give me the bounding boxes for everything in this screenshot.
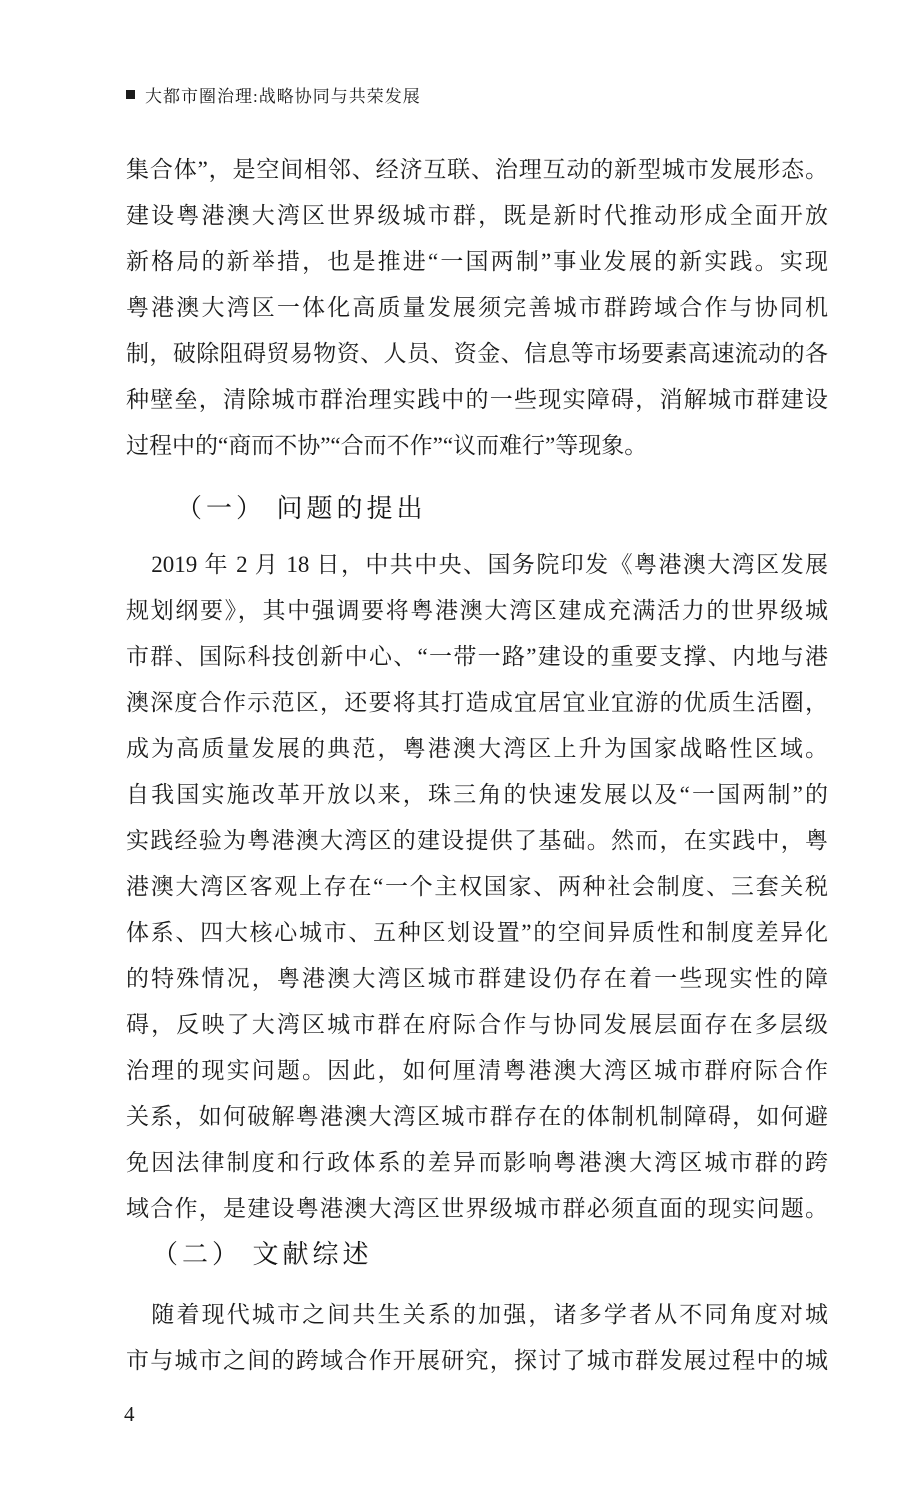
text-line: 市群、国际科技创新中心、“一带一路”建设的重要支撑、内地与港 (126, 634, 828, 680)
page-number: 4 (124, 1402, 135, 1427)
text-line: 建设粤港澳大湾区世界级城市群，既是新时代推动形成全面开放 (126, 193, 828, 239)
document-page: 大都市圈治理:战略协同与共荣发展 集合体”，是空间相邻、经济互联、治理互动的新型… (0, 0, 915, 1503)
running-header-title: 大都市圈治理:战略协同与共荣发展 (145, 82, 421, 107)
text-line: 规划纲要》，其中强调要将粤港澳大湾区建成充满活力的世界级城 (126, 588, 828, 634)
text-line: 免因法律制度和行政体系的差异而影响粤港澳大湾区城市群的跨 (126, 1140, 828, 1186)
text-line: 治理的现实问题。因此，如何厘清粤港澳大湾区城市群府际合作 (126, 1048, 828, 1094)
paragraph-3: 随着现代城市之间共生关系的加强，诸多学者从不同角度对城市与城市之间的跨域合作开展… (126, 1292, 828, 1384)
text-line: 种壁垒，清除城市群治理实践中的一些现实障碍，消解城市群建设 (126, 377, 828, 423)
text-line: 港澳大湾区客观上存在“一个主权国家、两种社会制度、三套关税 (126, 864, 828, 910)
section-heading-2: （二） 文献综述 (152, 1238, 373, 1272)
text-line: 关系，如何破解粤港澳大湾区城市群存在的体制机制障碍，如何避 (126, 1094, 828, 1140)
text-line: 新格局的新举措，也是推进“一国两制”事业发展的新实践。实现 (126, 239, 828, 285)
text-line: 集合体”，是空间相邻、经济互联、治理互动的新型城市发展形态。 (126, 147, 828, 193)
running-header: 大都市圈治理:战略协同与共荣发展 (126, 82, 421, 107)
section-heading-1: （一） 问题的提出 (176, 492, 427, 526)
text-line: 市与城市之间的跨域合作开展研究，探讨了城市群发展过程中的城 (126, 1338, 828, 1384)
text-line: 制，破除阻碍贸易物资、人员、资金、信息等市场要素高速流动的各 (126, 331, 828, 377)
text-line: 体系、四大核心城市、五种区划设置”的空间异质性和制度差异化 (126, 910, 828, 956)
text-line: 澳深度合作示范区，还要将其打造成宜居宜业宜游的优质生活圈， (126, 680, 828, 726)
paragraph-1: 集合体”，是空间相邻、经济互联、治理互动的新型城市发展形态。建设粤港澳大湾区世界… (126, 147, 828, 469)
text-line: 随着现代城市之间共生关系的加强，诸多学者从不同角度对城 (126, 1292, 828, 1338)
text-line: 域合作，是建设粤港澳大湾区世界级城市群必须直面的现实问题。 (126, 1186, 828, 1232)
text-line: 碍，反映了大湾区城市群在府际合作与协同发展层面存在多层级 (126, 1002, 828, 1048)
text-line: 成为高质量发展的典范，粤港澳大湾区上升为国家战略性区域。 (126, 726, 828, 772)
text-line: 2019 年 2 月 18 日，中共中央、国务院印发《粤港澳大湾区发展 (126, 542, 828, 588)
text-line: 实践经验为粤港澳大湾区的建设提供了基础。然而，在实践中，粤 (126, 818, 828, 864)
paragraph-2: 2019 年 2 月 18 日，中共中央、国务院印发《粤港澳大湾区发展规划纲要》… (126, 542, 828, 1232)
text-line: 的特殊情况，粤港澳大湾区城市群建设仍存在着一些现实性的障 (126, 956, 828, 1002)
text-line: 过程中的“商而不协”“合而不作”“议而难行”等现象。 (126, 423, 828, 469)
text-line: 粤港澳大湾区一体化高质量发展须完善城市群跨域合作与协同机 (126, 285, 828, 331)
square-bullet-icon (126, 90, 135, 99)
text-line: 自我国实施改革开放以来，珠三角的快速发展以及“一国两制”的 (126, 772, 828, 818)
